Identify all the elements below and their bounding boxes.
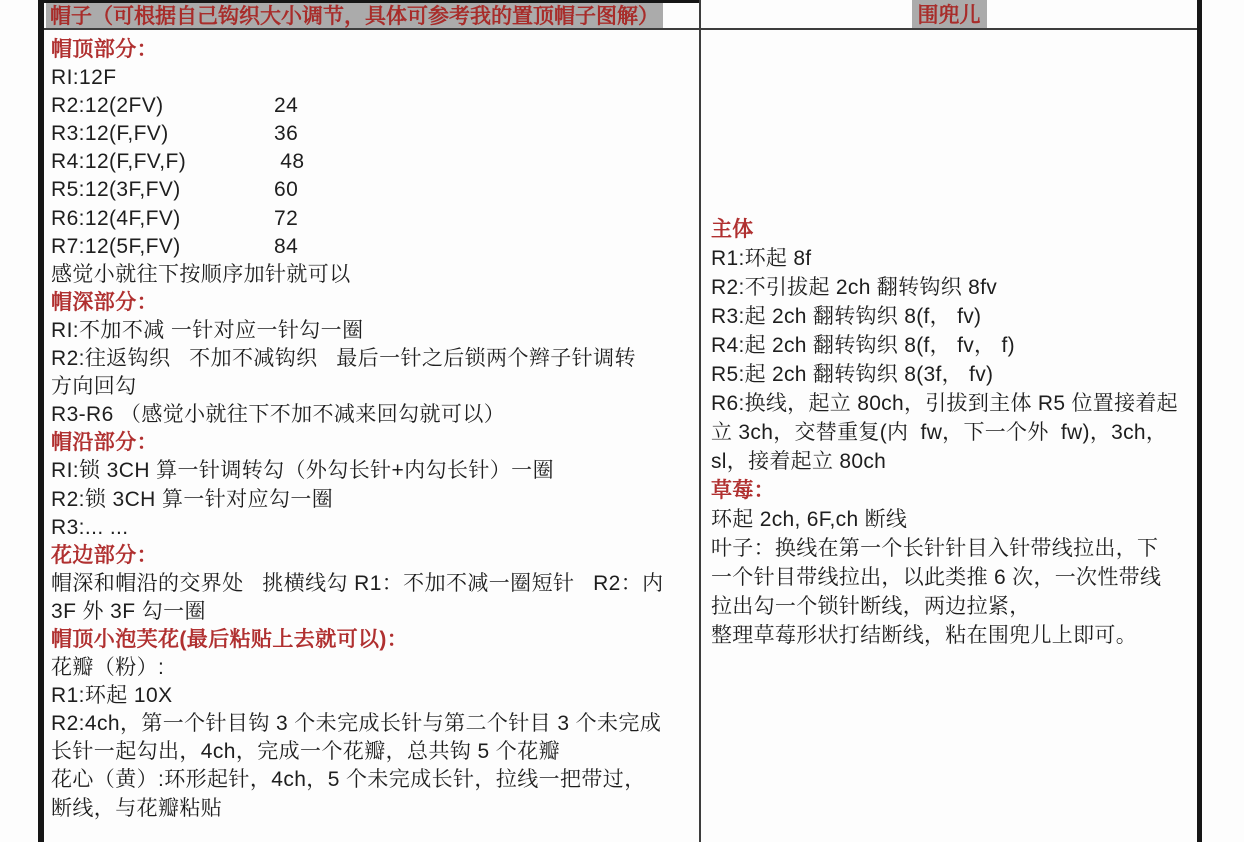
pattern-line: RI:锁 3CH 算一针调转勾（外勾长针+内勾长针）一圈: [51, 457, 697, 485]
pattern-line: R3:起 2ch 翻转钩织 8(f， fv): [711, 302, 1193, 331]
round-instruction: R6:12(4F,FV): [51, 205, 274, 233]
pattern-line: 断线，与花瓣粘贴: [51, 795, 697, 823]
pattern-line: R1:环起 8f: [711, 244, 1193, 273]
bib-column: 围兜儿 主体 R1:环起 8f R2:不引拔起 2ch 翻转钩织 8fv R3:…: [701, 0, 1202, 842]
stitch-count: 48: [274, 150, 304, 173]
pattern-line: R2:4ch，第一个针目钩 3 个未完成长针与第二个针目 3 个未完成: [51, 710, 697, 738]
pattern-line: 拉出勾一个锁针断线，两边拉紧，: [711, 592, 1193, 621]
pattern-line: 一个针目带线拉出，以此类推 6 次，一次性带线: [711, 563, 1193, 592]
pattern-line: 花心（黄）:环形起针，4ch，5 个未完成长针，拉线一把带过，: [51, 766, 697, 794]
pattern-line: R4:12(F,FV,F) 48: [51, 148, 697, 176]
stitch-count: 36: [274, 122, 298, 145]
hat-header: 帽子（可根据自己钩织大小调节，具体可参考我的置顶帽子图解）: [44, 0, 699, 30]
pattern-line: R2:12(2FV)24: [51, 92, 697, 120]
pattern-line: 方向回勾: [51, 373, 697, 401]
bib-section-heading: 主体: [711, 215, 1193, 244]
pattern-line: R5:12(3F,FV)60: [51, 176, 697, 204]
pattern-line: R3:... ...: [51, 514, 697, 542]
pattern-line: R3-R6 （感觉小就往下不加不减来回勾就可以）: [51, 401, 697, 429]
round-instruction: R5:12(3F,FV): [51, 176, 274, 204]
pattern-line: R3:12(F,FV)36: [51, 120, 697, 148]
pattern-line: 3F 外 3F 勾一圈: [51, 598, 697, 626]
pattern-line: 叶子：换线在第一个长针针目入针带线拉出，下: [711, 534, 1193, 563]
round-instruction: R4:12(F,FV,F): [51, 148, 274, 176]
pattern-line: R2:不引拔起 2ch 翻转钩织 8fv: [711, 273, 1193, 302]
bib-header-title: 围兜儿: [912, 0, 987, 30]
hat-header-title: 帽子（可根据自己钩织大小调节，具体可参考我的置顶帽子图解）: [46, 0, 663, 30]
hat-instructions: 帽顶部分： RI:12F R2:12(2FV)24 R3:12(F,FV)36 …: [44, 30, 699, 823]
hat-section-heading: 帽顶部分：: [51, 36, 697, 64]
pattern-table: 帽子（可根据自己钩织大小调节，具体可参考我的置顶帽子图解） 帽顶部分： RI:1…: [38, 0, 1202, 842]
pattern-line: 环起 2ch, 6F,ch 断线: [711, 505, 1193, 534]
pattern-line: R7:12(5F,FV)84: [51, 233, 697, 261]
pattern-line: 立 3ch，交替重复(内 fw，下一个外 fw)，3ch，: [711, 418, 1193, 447]
pattern-line: 帽深和帽沿的交界处 挑横线勾 R1：不加不减一圈短针 R2：内: [51, 570, 697, 598]
round-instruction: R2:12(2FV): [51, 92, 274, 120]
pattern-line: 整理草莓形状打结断线，粘在围兜儿上即可。: [711, 621, 1193, 650]
hat-section-heading: 帽顶小泡芙花(最后粘贴上去就可以)：: [51, 626, 697, 654]
hat-section-heading: 帽深部分：: [51, 289, 697, 317]
pattern-line: R6:12(4F,FV)72: [51, 205, 697, 233]
hat-section-heading: 帽沿部分：: [51, 429, 697, 457]
round-instruction: R7:12(5F,FV): [51, 233, 274, 261]
pattern-line: R4:起 2ch 翻转钩织 8(f， fv， f): [711, 331, 1193, 360]
pattern-line: R5:起 2ch 翻转钩织 8(3f， fv): [711, 360, 1193, 389]
stitch-count: 84: [274, 235, 298, 258]
pattern-line: R2:锁 3CH 算一针对应勾一圈: [51, 486, 697, 514]
stitch-count: 72: [274, 207, 298, 230]
hat-section-heading: 花边部分：: [51, 542, 697, 570]
stitch-count: 60: [274, 178, 298, 201]
round-instruction: R3:12(F,FV): [51, 120, 274, 148]
bib-header: 围兜儿: [701, 0, 1197, 30]
pattern-line: R1:环起 10X: [51, 682, 697, 710]
bib-section-heading: 草莓：: [711, 476, 1193, 505]
pattern-line: sl，接着起立 80ch: [711, 447, 1193, 476]
bib-instructions: 主体 R1:环起 8f R2:不引拔起 2ch 翻转钩织 8fv R3:起 2c…: [701, 30, 1197, 842]
pattern-line: RI:12F: [51, 64, 697, 92]
pattern-line: R6:换线，起立 80ch，引拔到主体 R5 位置接着起: [711, 389, 1193, 418]
pattern-document: 帽子（可根据自己钩织大小调节，具体可参考我的置顶帽子图解） 帽顶部分： RI:1…: [0, 0, 1244, 842]
pattern-line: R2:往返钩织 不加不减钩织 最后一针之后锁两个辫子针调转: [51, 345, 697, 373]
pattern-line: 感觉小就往下按顺序加针就可以: [51, 261, 697, 289]
pattern-line: RI:不加不减 一针对应一针勾一圈: [51, 317, 697, 345]
stitch-count: 24: [274, 94, 298, 117]
pattern-line: 长针一起勾出，4ch，完成一个花瓣，总共钩 5 个花瓣: [51, 738, 697, 766]
pattern-line: 花瓣（粉）:: [51, 654, 697, 682]
hat-column: 帽子（可根据自己钩织大小调节，具体可参考我的置顶帽子图解） 帽顶部分： RI:1…: [38, 0, 701, 842]
